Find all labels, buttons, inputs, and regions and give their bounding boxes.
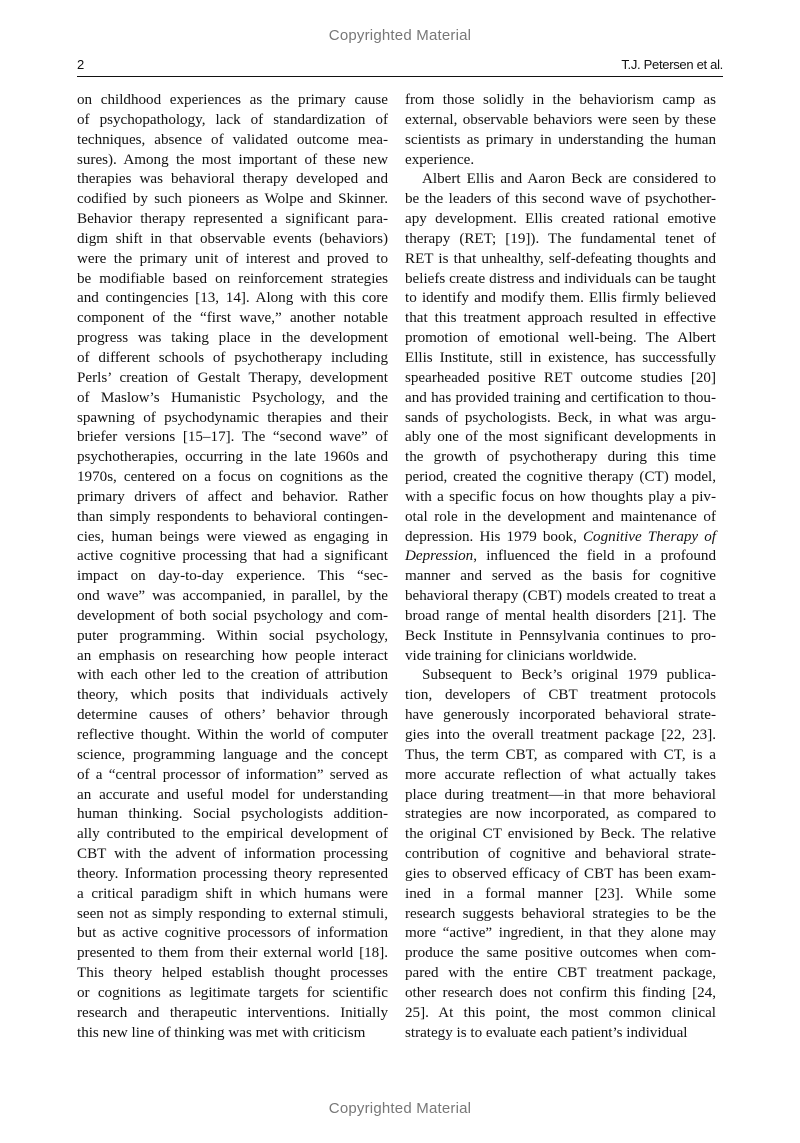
text-line: have generously incorporated behavioral … <box>405 706 716 726</box>
text-line: digm shift in that observable events (be… <box>77 230 388 250</box>
text-line: science, programming language and the co… <box>77 746 388 766</box>
text-line: therapies was behavioral therapy develop… <box>77 170 388 190</box>
book-title: Depression <box>405 548 473 564</box>
text-line: than simply respondents to behavioral co… <box>77 508 388 528</box>
text-line: the original CT envisioned by Beck. The … <box>405 825 716 845</box>
text-line: with a specific focus on how thoughts pl… <box>405 488 716 508</box>
text-line: Thus, the term CBT, as compared with CT,… <box>405 746 716 766</box>
text-line: and contingencies [13, 14]. Along with t… <box>77 289 388 309</box>
text-line: therapy (RET; [19]). The fundamental ten… <box>405 230 716 250</box>
text-line: cies, human beings were viewed as engagi… <box>77 528 388 548</box>
text-line: strategies are now incorporated, as comp… <box>405 805 716 825</box>
text-line: reflective thought. Within the world of … <box>77 726 388 746</box>
text-line: Depression, influenced the field in a pr… <box>405 547 716 567</box>
text-line: RET is that unhealthy, self-defeating th… <box>405 250 716 270</box>
text-line: and has provided training and certificat… <box>405 389 716 409</box>
text-line: scientists as primary in understanding t… <box>405 131 716 151</box>
text-line: ally contributed to the empirical develo… <box>77 825 388 845</box>
text-line: the growth of psychotherapy during this … <box>405 448 716 468</box>
text-line: that this treatment approach resulted in… <box>405 309 716 329</box>
text-line: an emphasis on researching how people in… <box>77 647 388 667</box>
text-line: from those solidly in the behaviorism ca… <box>405 91 716 111</box>
copyright-watermark-top: Copyrighted Material <box>0 27 800 44</box>
text-line: period, created the cognitive therapy (C… <box>405 468 716 488</box>
text-line: 1970s, centered on a focus on cognitions… <box>77 468 388 488</box>
text-line: sands of psychologists. Beck, in what wa… <box>405 409 716 429</box>
text-line: gies to observed efficacy of CBT has bee… <box>405 865 716 885</box>
text-line: theory, which posits that individuals ac… <box>77 686 388 706</box>
text-line: codified by such pioneers as Wolpe and S… <box>77 190 388 210</box>
text-line: of different schools of psychotherapy in… <box>77 349 388 369</box>
book-title: Cognitive Therapy of <box>583 529 716 545</box>
text-line: strategy is to evaluate each patient’s i… <box>405 1024 716 1044</box>
text-line: human thinking. Social psychologists add… <box>77 805 388 825</box>
text-line: Beck Institute in Pennsylvania continues… <box>405 627 716 647</box>
text-line: manner and served as the basis for cogni… <box>405 567 716 587</box>
text-line: determine causes of others’ behavior thr… <box>77 706 388 726</box>
text-line: with each other led to the creation of a… <box>77 666 388 686</box>
text-line: component of the “first wave,” another n… <box>77 309 388 329</box>
text-line: Perls’ creation of Gestalt Therapy, deve… <box>77 369 388 389</box>
text-line: external, observable behaviors were seen… <box>405 111 716 131</box>
text-line: progress was taking place in the develop… <box>77 329 388 349</box>
text-line: spawning of psychodynamic therapies and … <box>77 409 388 429</box>
text-line: contribution of cognitive and behavioral… <box>405 845 716 865</box>
text-line: techniques, absence of validated outcome… <box>77 131 388 151</box>
right-text-column: from those solidly in the behaviorism ca… <box>405 91 716 1044</box>
text-line: apy development. Ellis created rational … <box>405 210 716 230</box>
text-line: vide training for clinicians worldwide. <box>405 647 716 667</box>
text-line: depression. His 1979 book, Cognitive The… <box>405 528 716 548</box>
text-line: otal role in the development and mainten… <box>405 508 716 528</box>
text-line: broad range of mental health disorders [… <box>405 607 716 627</box>
text-line: gies into the overall treatment package … <box>405 726 716 746</box>
text-line: research suggests behavioral strategies … <box>405 905 716 925</box>
text-line: 25]. At this point, the most common clin… <box>405 1004 716 1024</box>
text-line: spearheaded positive RET outcome studies… <box>405 369 716 389</box>
text-line: briefer versions [15–17]. The “second wa… <box>77 428 388 448</box>
text-line: primary drivers of affect and behavior. … <box>77 488 388 508</box>
text-line: impact on day-to-day experience. This “s… <box>77 567 388 587</box>
text-line: development of both social psychology an… <box>77 607 388 627</box>
text-line: ond wave” was accompanied, in parallel, … <box>77 587 388 607</box>
text-line: were the primary unit of interest and pr… <box>77 250 388 270</box>
text-line: of a “central processor of information” … <box>77 766 388 786</box>
text-line: promotion of emotional well-being. The A… <box>405 329 716 349</box>
text-line: behavioral therapy (CBT) models created … <box>405 587 716 607</box>
text-line: puter programming. Within social psychol… <box>77 627 388 647</box>
text-line: other research does not confirm this fin… <box>405 984 716 1004</box>
text-line: be modifiable based on reinforcement str… <box>77 270 388 290</box>
text-line: but as active cognitive processors of in… <box>77 924 388 944</box>
text-line: Ellis Institute, still in existence, has… <box>405 349 716 369</box>
page-number: 2 <box>77 57 84 72</box>
text-line: Behavior therapy represented a significa… <box>77 210 388 230</box>
text-fragment: , influenced the field in a profound <box>473 548 716 564</box>
text-line: research and therapeutic interventions. … <box>77 1004 388 1024</box>
text-line: Subsequent to Beck’s original 1979 publi… <box>405 666 716 686</box>
text-line: this new line of thinking was met with c… <box>77 1024 388 1044</box>
text-line: an accurate and useful model for underst… <box>77 786 388 806</box>
text-line: of Maslow’s Humanistic Psychology, and t… <box>77 389 388 409</box>
text-line: to identify and modify them. Ellis firml… <box>405 289 716 309</box>
text-line: a critical paradigm shift in which human… <box>77 885 388 905</box>
text-line: CBT with the advent of information proce… <box>77 845 388 865</box>
text-line: experience. <box>405 151 716 171</box>
text-line: psychotherapies, occurring in the late 1… <box>77 448 388 468</box>
text-line: active cognitive processing that had a s… <box>77 547 388 567</box>
text-line: sures). Among the most important of thes… <box>77 151 388 171</box>
text-line: This theory helped establish thought pro… <box>77 964 388 984</box>
text-line: be the leaders of this second wave of ps… <box>405 190 716 210</box>
running-header: 2 T.J. Petersen et al. <box>77 54 723 77</box>
text-line: pared with the entire CBT treatment pack… <box>405 964 716 984</box>
text-line: place during treatment—in that more beha… <box>405 786 716 806</box>
text-line: Albert Ellis and Aaron Beck are consider… <box>405 170 716 190</box>
text-line: ined in a formal manner [23]. While some <box>405 885 716 905</box>
text-line: beliefs create distress and individuals … <box>405 270 716 290</box>
text-line: produce the same positive outcomes when … <box>405 944 716 964</box>
text-line: more accurate reflection of what actuall… <box>405 766 716 786</box>
text-line: theory. Information processing theory re… <box>77 865 388 885</box>
text-line: seen not as simply responding to externa… <box>77 905 388 925</box>
running-head-authors: T.J. Petersen et al. <box>621 57 723 72</box>
text-line: presented to them from their external wo… <box>77 944 388 964</box>
text-line: on childhood experiences as the primary … <box>77 91 388 111</box>
copyright-watermark-bottom: Copyrighted Material <box>0 1100 800 1117</box>
text-line: of psychopathology, lack of standardizat… <box>77 111 388 131</box>
text-line: more “active” ingredient, in that they a… <box>405 924 716 944</box>
text-line: ably one of the most significant develop… <box>405 428 716 448</box>
text-line: tion, developers of CBT treatment protoc… <box>405 686 716 706</box>
left-text-column: on childhood experiences as the primary … <box>77 91 388 1044</box>
text-line: or cognitions as legitimate targets for … <box>77 984 388 1004</box>
